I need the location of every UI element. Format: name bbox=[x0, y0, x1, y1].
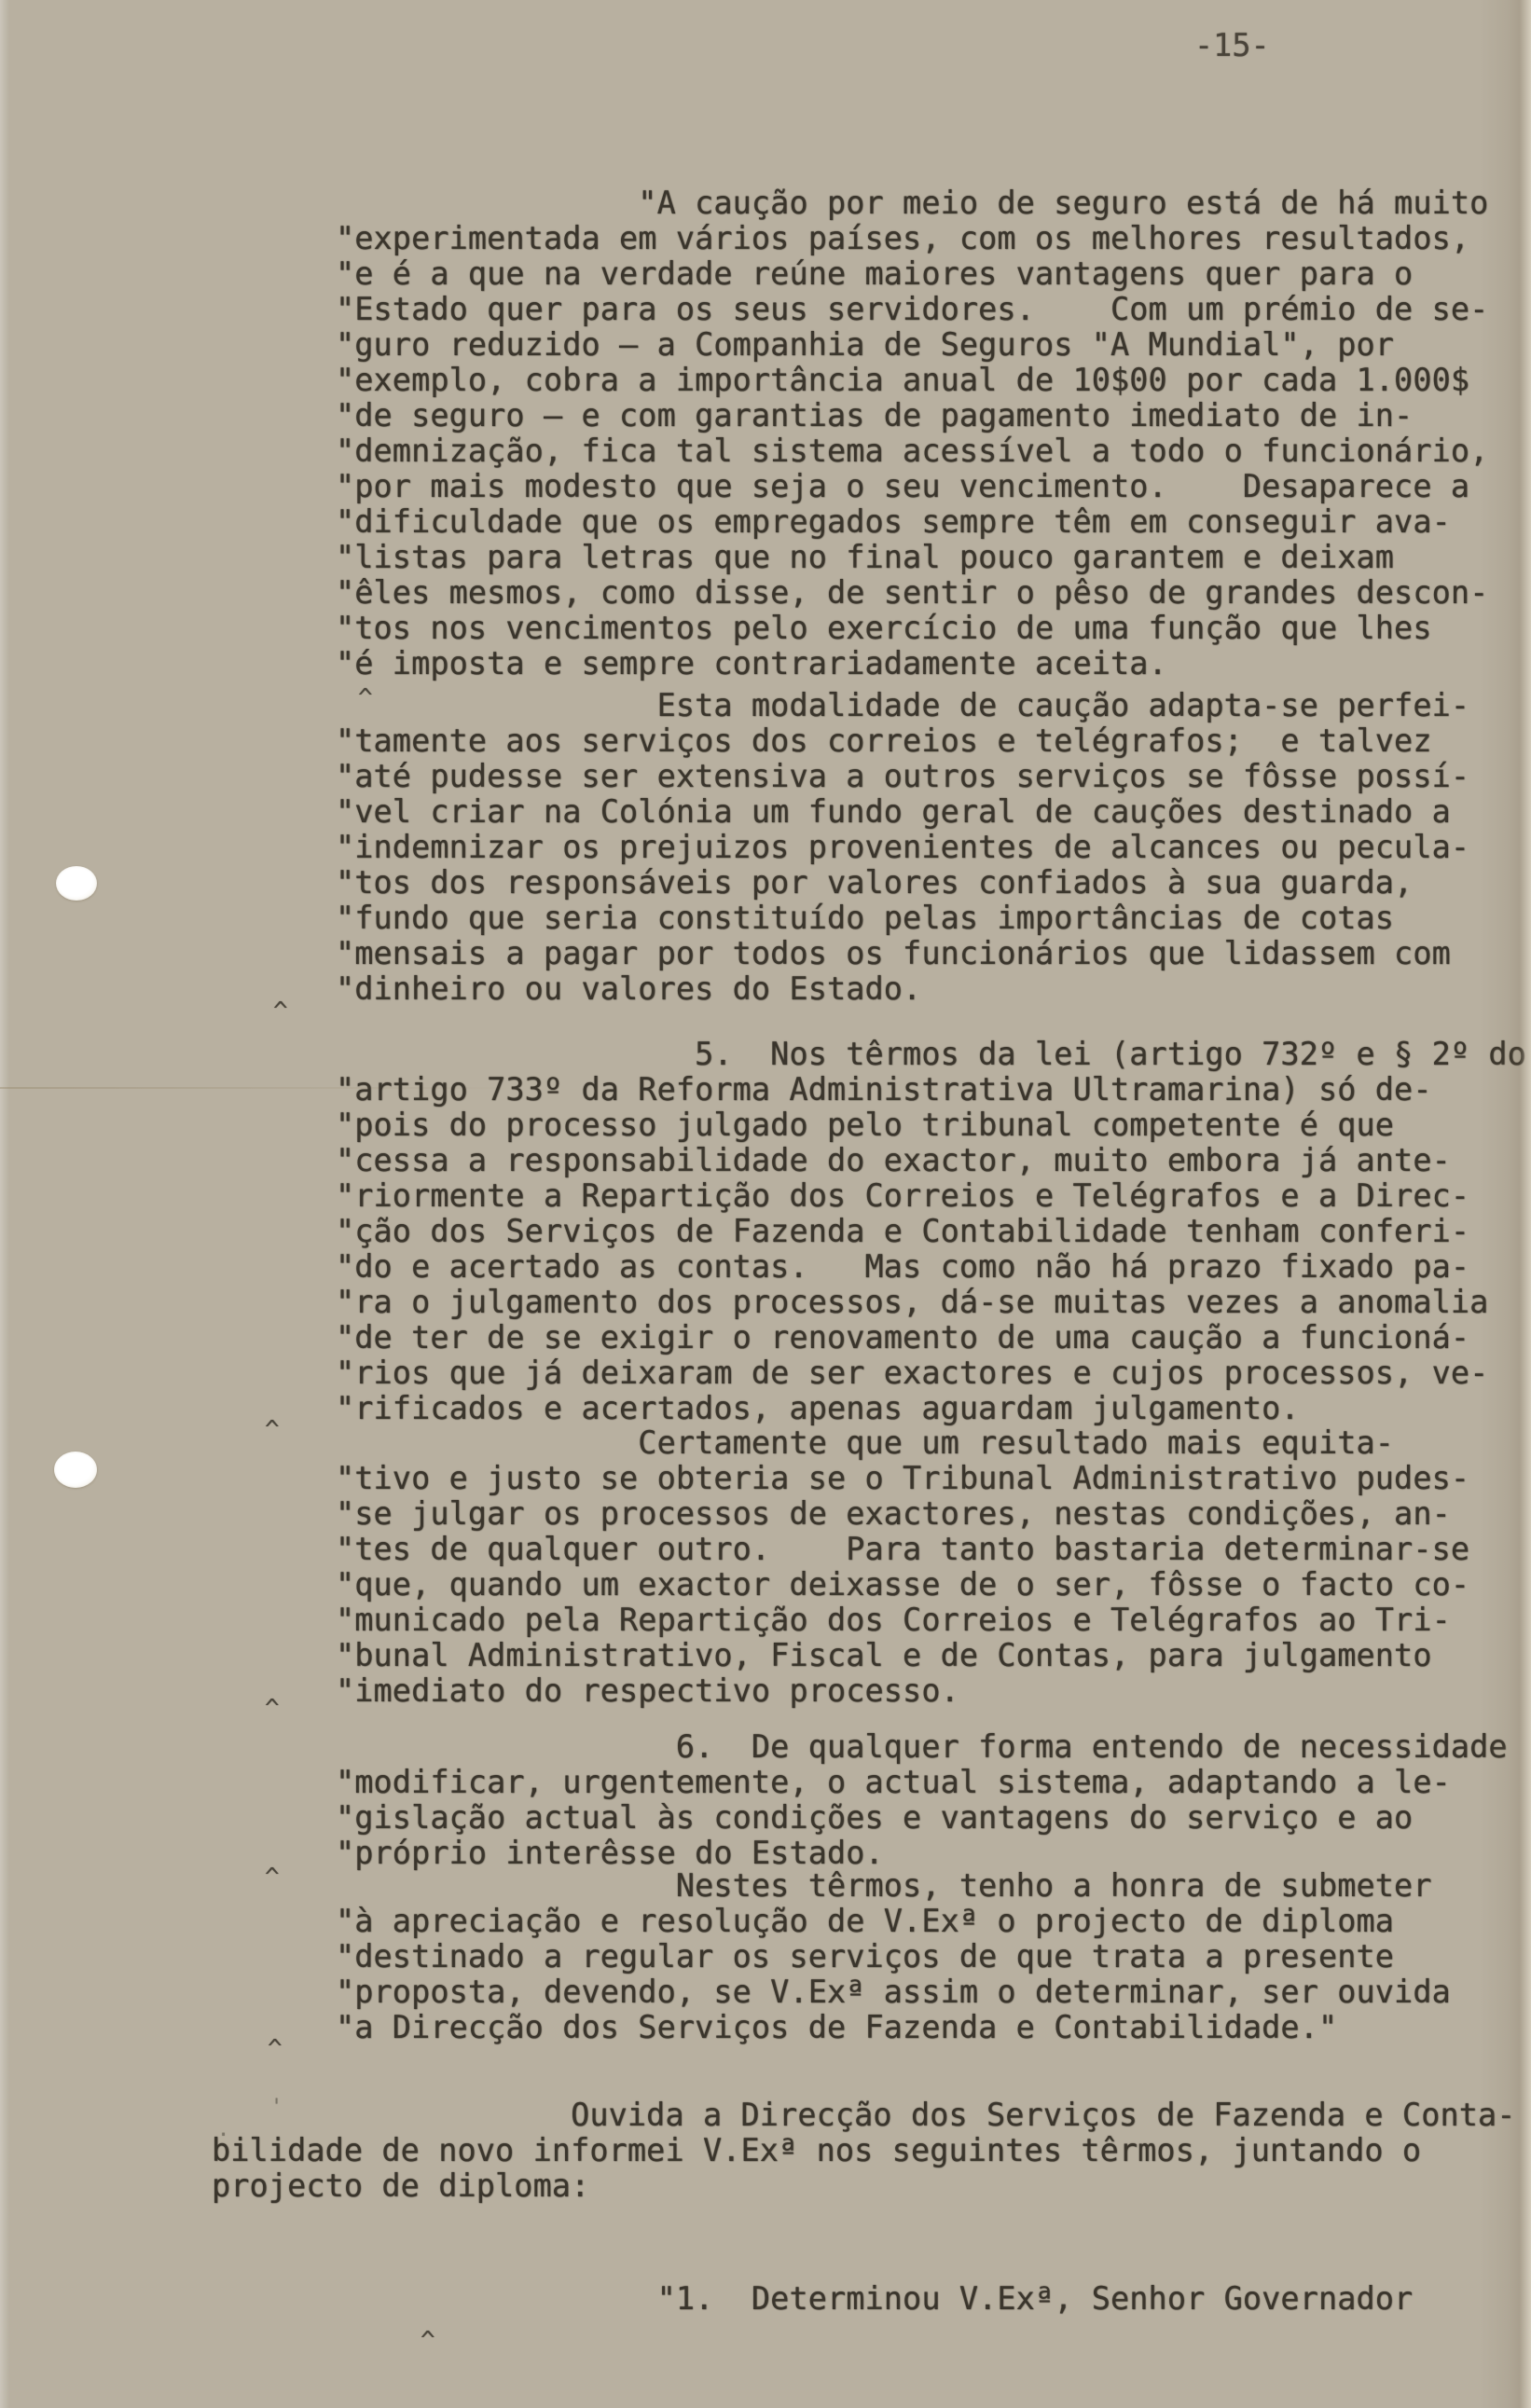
typed-paragraph-modality: Esta modalidade de caução adapta-se perf… bbox=[336, 688, 1469, 1007]
caret-mark-7: ^ bbox=[421, 2329, 435, 2353]
caret-mark-1: ^ bbox=[358, 686, 373, 710]
typed-paragraph-item-5: 5. Nos têrmos da lei (artigo 732º e § 2º… bbox=[336, 1037, 1526, 1426]
typed-paragraph-narrative: Ouvida a Direcção dos Serviços de Fazend… bbox=[212, 2098, 1516, 2204]
caret-mark-5: ^ bbox=[265, 1865, 280, 1890]
caret-mark-4: ^ bbox=[265, 1697, 280, 1721]
typed-paragraph-tribunal: Certamente que um resultado mais equita-… bbox=[336, 1425, 1469, 1709]
punch-hole-bottom bbox=[54, 1452, 97, 1488]
stray-dot-mark: . bbox=[217, 2118, 229, 2142]
caret-mark-2: ^ bbox=[273, 999, 288, 1024]
stray-tick-mark: ' bbox=[270, 2096, 283, 2120]
scanned-document-page: -15- "A caução por meio de seguro está d… bbox=[0, 0, 1531, 2408]
typed-paragraph-item-6: 6. De qualquer forma entendo de necessid… bbox=[336, 1729, 1508, 1871]
caret-mark-3: ^ bbox=[265, 1418, 280, 1442]
typed-paragraph-item-1: "1. Determinou V.Exª, Senhor Governador bbox=[336, 2281, 1413, 2317]
typed-paragraph-closing-quote: Nestes têrmos, tenho a honra de submeter… bbox=[336, 1868, 1451, 2045]
punch-hole-top bbox=[56, 866, 97, 901]
typed-paragraph-insurance: "A caução por meio de seguro está de há … bbox=[336, 186, 1488, 681]
caret-mark-6: ^ bbox=[268, 2037, 283, 2061]
page-number: -15- bbox=[1194, 28, 1270, 63]
